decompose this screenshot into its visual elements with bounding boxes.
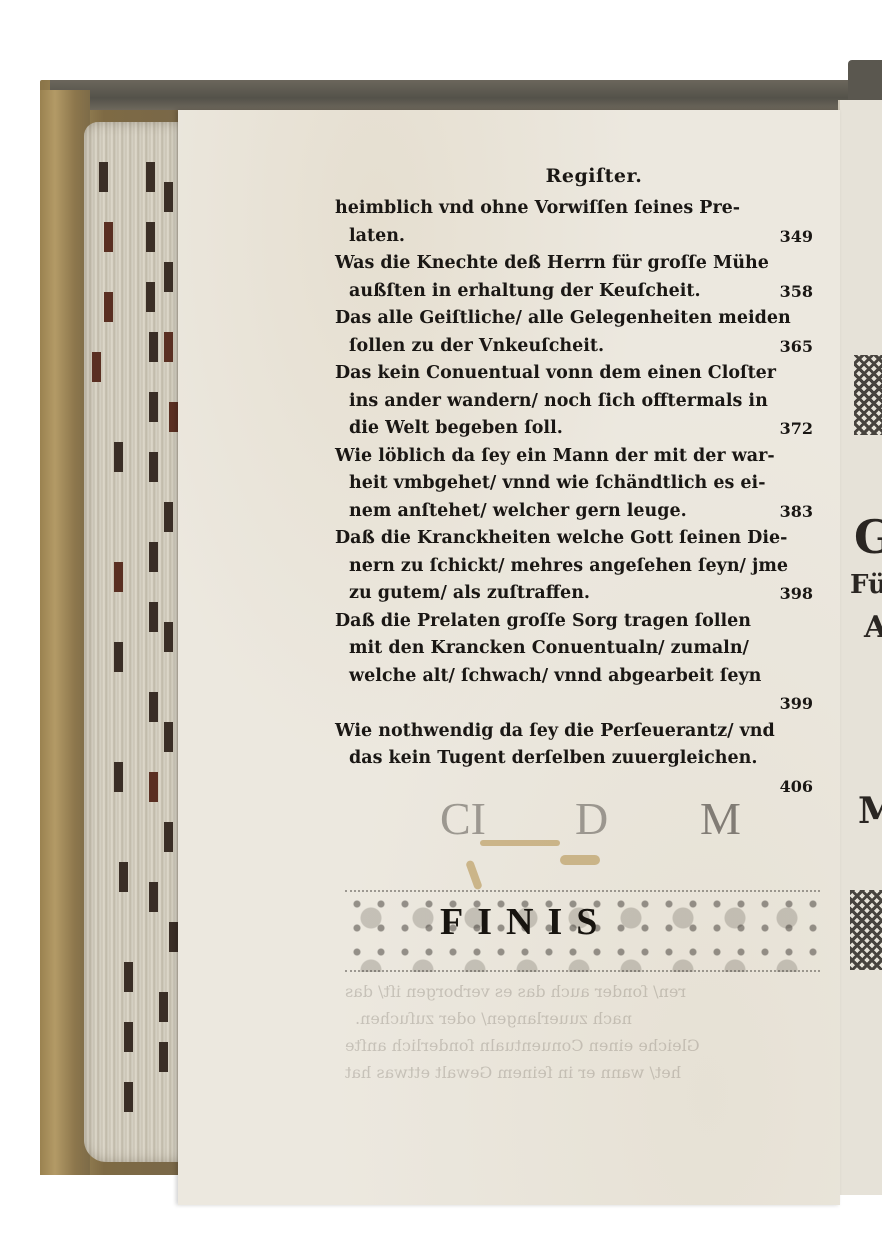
index-tab bbox=[149, 392, 158, 422]
index-tab bbox=[169, 922, 178, 952]
index-tab bbox=[124, 1082, 133, 1112]
entry-line: heit vmbgehet/ vnnd wie ſchändtlich es e… bbox=[335, 470, 813, 498]
running-head: Regiſter. bbox=[375, 165, 813, 195]
showthrough-line: het/ wann er in ſeinem Gewalt ettwas hat bbox=[345, 1059, 681, 1086]
index-tab bbox=[164, 262, 173, 292]
entry-line: 406 bbox=[335, 773, 813, 801]
entry-line: Das alle Geiſtliche/ alle Gelegenheiten … bbox=[335, 305, 813, 333]
showthrough-line: ren/ ſonder auch das es verborgen iſt/ d… bbox=[345, 978, 686, 1005]
right-page-text: M bbox=[858, 790, 882, 832]
page-number: 398 bbox=[780, 580, 813, 608]
index-tab bbox=[164, 822, 173, 852]
page-number: 399 bbox=[780, 690, 813, 718]
register-entry: Das alle Geiſtliche/ alle Gelegenheiten … bbox=[335, 305, 813, 360]
register-entry: Daß die Kranckheiten welche Gott ſeinen … bbox=[335, 525, 813, 608]
entry-line: außſten in erhaltung der Keuſcheit.358 bbox=[335, 278, 813, 306]
index-tab bbox=[169, 402, 178, 432]
index-tab bbox=[149, 692, 158, 722]
right-page-initial: G bbox=[854, 510, 882, 564]
index-tab bbox=[99, 162, 108, 192]
entry-line: zu gutem/ als zuſtraffen.398 bbox=[335, 580, 813, 608]
register-entry: Wie löblich da ſey ein Mann der mit der … bbox=[335, 443, 813, 526]
page-number: 349 bbox=[780, 223, 813, 251]
stain bbox=[480, 840, 560, 846]
register-entry: heimblich vnd ohne Vorwiſſen ſeines Pre-… bbox=[335, 195, 813, 250]
page-number: 406 bbox=[780, 773, 813, 801]
index-tab bbox=[114, 762, 123, 792]
showthrough-line: nach zuuerlangen/ oder zuſuchen. bbox=[355, 1005, 632, 1032]
right-page-text: A bbox=[864, 610, 882, 645]
register-entry: Was die Knechte deß Herrn für groſſe Müh… bbox=[335, 250, 813, 305]
page-number: 383 bbox=[780, 498, 813, 526]
entry-line: Das kein Conuentual vonn dem einen Cloſt… bbox=[335, 360, 813, 388]
entry-line: mit den Krancken Conuentualn/ zumaln/ bbox=[335, 635, 813, 663]
entry-line: heimblich vnd ohne Vorwiſſen ſeines Pre- bbox=[335, 195, 813, 223]
register-entry: Das kein Conuentual vonn dem einen Cloſt… bbox=[335, 360, 813, 443]
entry-line: ſollen zu der Vnkeuſcheit.365 bbox=[335, 333, 813, 361]
index-tab bbox=[114, 562, 123, 592]
entry-line: Wie nothwendig da ſey die Perſeuerantz/ … bbox=[335, 718, 813, 746]
book-cover-top-edge bbox=[50, 80, 850, 110]
entry-line: Daß die Kranckheiten welche Gott ſeinen … bbox=[335, 525, 813, 553]
index-tab bbox=[104, 292, 113, 322]
index-tab bbox=[124, 962, 133, 992]
index-tab bbox=[164, 722, 173, 752]
entry-line: Was die Knechte deß Herrn für groſſe Müh… bbox=[335, 250, 813, 278]
entry-line: laten.349 bbox=[335, 223, 813, 251]
index-tab bbox=[104, 222, 113, 252]
index-tab bbox=[159, 992, 168, 1022]
index-tab bbox=[149, 542, 158, 572]
book-left-board bbox=[40, 90, 90, 1175]
index-tab bbox=[149, 332, 158, 362]
entry-line: das kein Tugent derſelben zuuergleichen. bbox=[335, 745, 813, 773]
entry-line: die Welt begeben ſoll.372 bbox=[335, 415, 813, 443]
index-tab bbox=[164, 332, 173, 362]
register-entry: Daß die Prelaten groſſe Sorg tragen ſoll… bbox=[335, 608, 813, 718]
register-entry: Wie nothwendig da ſey die Perſeuerantz/ … bbox=[335, 718, 813, 801]
page-number: 372 bbox=[780, 415, 813, 443]
index-tab bbox=[164, 182, 173, 212]
entry-line: nern zu ſchickt/ mehres angeſehen ſeyn/ … bbox=[335, 553, 813, 581]
entry-line: 399 bbox=[335, 690, 813, 718]
entry-line: nem anſtehet/ welcher gern leuge.383 bbox=[335, 498, 813, 526]
index-tab bbox=[92, 352, 101, 382]
index-tab bbox=[149, 772, 158, 802]
page-number: 358 bbox=[780, 278, 813, 306]
entry-line: Wie löblich da ſey ein Mann der mit der … bbox=[335, 443, 813, 471]
entry-line: welche alt/ ſchwach/ vnnd abgearbeit ſey… bbox=[335, 663, 813, 691]
index-tab bbox=[146, 162, 155, 192]
page-fore-edge bbox=[84, 122, 184, 1162]
ornament bbox=[854, 355, 882, 435]
right-page-text: Fürſ bbox=[850, 570, 882, 600]
index-tab bbox=[124, 1022, 133, 1052]
page-number: 365 bbox=[780, 333, 813, 361]
right-page-edge: G Fürſ A M bbox=[838, 100, 882, 1195]
colophon-finis: FINIS bbox=[440, 900, 611, 944]
showthrough-line: Gleiche einen Conuentualn ſonderlich anſ… bbox=[345, 1032, 700, 1059]
ornament bbox=[850, 890, 882, 970]
index-tab bbox=[146, 222, 155, 252]
index-tab bbox=[114, 642, 123, 672]
index-tab bbox=[164, 502, 173, 532]
entry-line: Daß die Prelaten groſſe Sorg tragen ſoll… bbox=[335, 608, 813, 636]
index-tab bbox=[164, 622, 173, 652]
entry-line: ins ander wandern/ noch ſich offtermals … bbox=[335, 388, 813, 416]
index-tab bbox=[114, 442, 123, 472]
stain bbox=[560, 855, 600, 865]
index-tab bbox=[149, 882, 158, 912]
index-tab bbox=[149, 452, 158, 482]
index-tab bbox=[119, 862, 128, 892]
index-tab bbox=[149, 602, 158, 632]
index-tab bbox=[146, 282, 155, 312]
index-tab bbox=[159, 1042, 168, 1072]
register-text: Regiſter. heimblich vnd ohne Vorwiſſen ſ… bbox=[335, 165, 813, 800]
